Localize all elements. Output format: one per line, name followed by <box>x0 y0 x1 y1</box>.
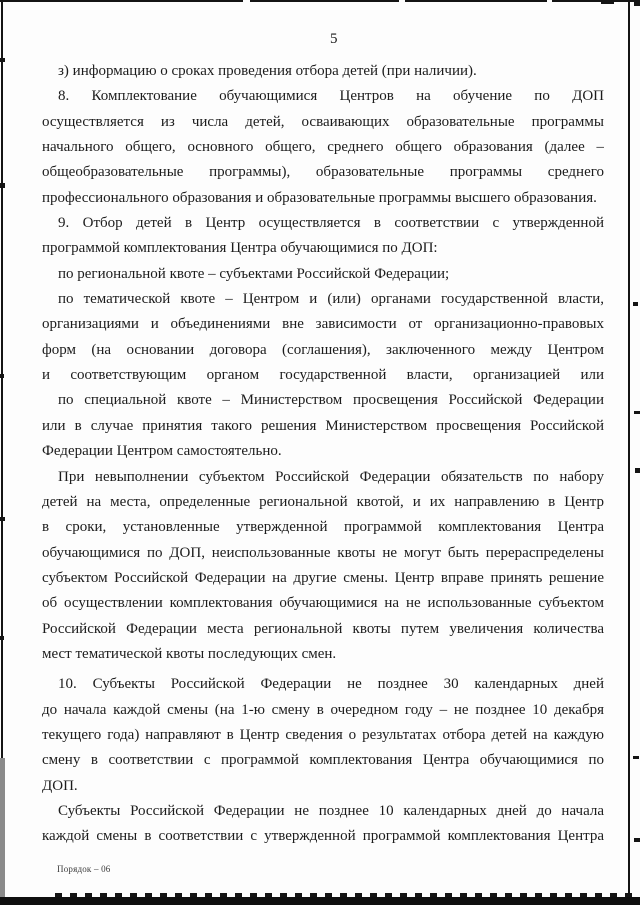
text-line: или в случае принятия такого решения Мин… <box>42 414 604 439</box>
scan-speck <box>633 756 639 759</box>
scan-speck <box>635 468 640 473</box>
text-line: начального общего, основного общего, сре… <box>42 135 604 160</box>
scan-speck <box>634 2 640 6</box>
text-line: 9. Отбор детей в Центр осуществляется в … <box>42 211 604 236</box>
scan-edge-right <box>628 0 630 905</box>
text-line: об осуществлении комплектования обучающи… <box>42 591 604 616</box>
scan-speck <box>0 636 4 640</box>
text-line: мест тематической квоты последующих смен… <box>42 642 604 667</box>
text-line: 8. Комплектование обучающимися Центров н… <box>42 84 604 109</box>
text-line: 10. Субъекты Российской Федерации не поз… <box>42 672 604 697</box>
document-page: 5 з) информацию о сроках проведения отбо… <box>0 0 640 905</box>
scan-speck <box>633 302 638 306</box>
text-line: ДОП. <box>42 774 604 799</box>
scan-speck <box>0 58 5 62</box>
text-line: каждой смены в соответствии с утвержденн… <box>42 824 604 849</box>
scan-speck <box>0 183 5 188</box>
footer-document-code: Порядок – 06 <box>57 864 111 874</box>
text-line: по специальной квоте – Министерством про… <box>42 388 604 413</box>
text-line: общеобразовательные программы), образова… <box>42 160 604 185</box>
text-line: з) информацию о сроках проведения отбора… <box>42 59 604 84</box>
scan-edge-bottom <box>0 897 640 905</box>
text-line: осуществляется из числа детей, осваивающ… <box>42 110 604 135</box>
text-line: текущего года) направляют в Центр сведен… <box>42 723 604 748</box>
text-line: по региональной квоте – субъектами Росси… <box>42 262 604 287</box>
text-line: в сроки, установленные утвержденной прог… <box>42 515 604 540</box>
text-line: Субъекты Российской Федерации не позднее… <box>42 799 604 824</box>
scan-speck <box>0 374 4 378</box>
document-body: з) информацию о сроках проведения отбора… <box>42 59 604 850</box>
scan-edge-gap <box>547 0 552 2</box>
page-number: 5 <box>330 31 338 48</box>
text-line: При невыполнении субъектом Российской Фе… <box>42 465 604 490</box>
text-line: Федерации Центром самостоятельно. <box>42 439 604 464</box>
scan-speck <box>601 0 614 4</box>
text-line: Российской Федерации места региональной … <box>42 617 604 642</box>
scan-speck <box>0 517 5 521</box>
scan-shadow-left <box>0 758 5 905</box>
text-line: субъектом Российской Федерации на другие… <box>42 566 604 591</box>
text-line: детей на места, определенные регионально… <box>42 490 604 515</box>
scan-edge-gap <box>243 0 250 2</box>
text-line: по тематической квоте – Центром и (или) … <box>42 287 604 312</box>
scan-edge-top <box>0 0 640 2</box>
text-line: обучающимися по ДОП, неиспользованные кв… <box>42 541 604 566</box>
scan-speck <box>634 838 640 842</box>
text-line: организациями и объединениями вне зависи… <box>42 312 604 337</box>
text-line: смену в соответствии с программой компле… <box>42 748 604 773</box>
text-line: программой комплектования Центра обучающ… <box>42 236 604 261</box>
text-line: профессионального образования и образова… <box>42 186 604 211</box>
text-line: и соответствующим органом государственно… <box>42 363 604 388</box>
text-line: до начала каждой смены (на 1-ю смену в о… <box>42 698 604 723</box>
scan-speck <box>634 411 640 414</box>
scan-edge-gap <box>399 0 405 2</box>
text-line: форм (на основании договора (соглашения)… <box>42 338 604 363</box>
